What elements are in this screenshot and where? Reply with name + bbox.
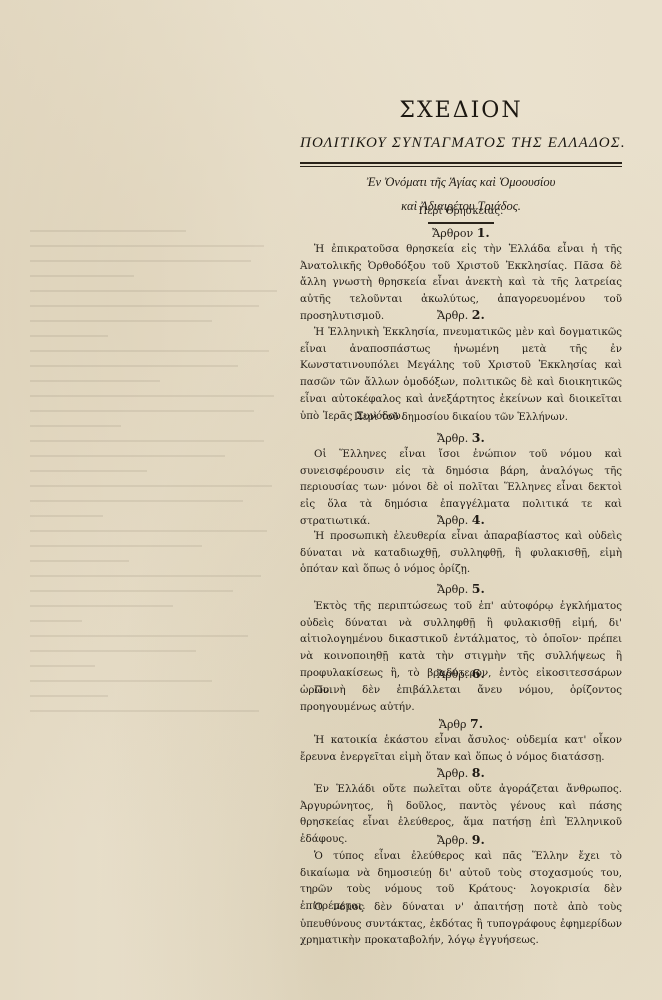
article-number: 7.	[470, 716, 483, 731]
document-subtitle: ΠΟΛΙΤΙΚΟΥ ΣΥΝΤΑΓΜΑΤΟΣ ΤΗΣ ΕΛΛΑΔΟΣ.	[300, 135, 622, 152]
article-number: 9.	[472, 832, 485, 847]
article-heading-8: Ἄρθρ. 8.	[300, 765, 622, 780]
article-heading-5: Ἄρθρ. 5.	[300, 581, 622, 596]
article-heading-4: Ἄρθρ. 4.	[300, 512, 622, 527]
article-number: 3.	[472, 430, 485, 445]
article-text-7: Ἡ κατοικία ἑκάστου εἶναι ἄσυλος· οὐδεμία…	[300, 732, 622, 765]
article-text-2: Ἡ Ἑλληνικὴ Ἐκκλησία, πνευματικῶς μὲν καὶ…	[300, 324, 622, 424]
article-label: Ἄρθρον	[432, 227, 473, 240]
article-heading-3: Ἄρθρ. 3.	[300, 430, 622, 445]
document-title: ΣΧΕΔΙΟΝ	[300, 98, 622, 123]
article-number: 5.	[472, 581, 485, 596]
section-heading-public-law: Περὶ τοῦ δημοσίου δικαίου τῶν Ἑλλήνων.	[300, 412, 622, 423]
article-number: 1.	[477, 225, 490, 240]
reverse-page-bleed-through	[30, 230, 290, 790]
article-heading-1: Ἄρθρον 1.	[300, 225, 622, 240]
article-label: Ἄρθρ.	[437, 834, 468, 847]
article-label: Ἄρθρ.	[437, 767, 468, 780]
article-text-4: Ἡ προσωπικὴ ἐλευθερία εἶναι ἀπαραβίαστος…	[300, 528, 622, 578]
invocation-divider-rule	[428, 222, 494, 224]
article-label: Ἄρθρ.	[437, 668, 468, 681]
article-heading-7: Ἄρθρ 7.	[300, 716, 622, 731]
article-number: 4.	[472, 512, 485, 527]
article-heading-6: Ἄρθρ. 6.	[300, 666, 622, 681]
article-text-9-paragraph-2: Ὁ νόμος δὲν δύναται ν' ἀπαιτήσῃ ποτὲ ἀπὸ…	[300, 899, 622, 949]
article-number: 6.	[472, 666, 485, 681]
article-heading-2: Ἄρθρ. 2.	[300, 307, 622, 322]
article-label: Ἄρθρ.	[437, 309, 468, 322]
invocation-line-1: Ἐν Ὀνόματι τῆς Ἁγίας καὶ Ὁμοουσίου	[300, 175, 622, 190]
article-label: Ἄρθρ.	[437, 514, 468, 527]
article-label: Ἄρθρ.	[437, 583, 468, 596]
title-divider-rule	[300, 162, 622, 167]
article-number: 2.	[472, 307, 485, 322]
article-heading-9: Ἄρθρ. 9.	[300, 832, 622, 847]
section-heading-religion: Περὶ Θρησκείας.	[300, 206, 622, 217]
article-label: Ἄρθρ.	[437, 432, 468, 445]
article-number: 8.	[472, 765, 485, 780]
article-label: Ἄρθρ	[439, 718, 467, 731]
article-text-6: Ποινὴ δὲν ἐπιβάλλεται ἄνευ νόμου, ὁρίζον…	[300, 682, 622, 715]
